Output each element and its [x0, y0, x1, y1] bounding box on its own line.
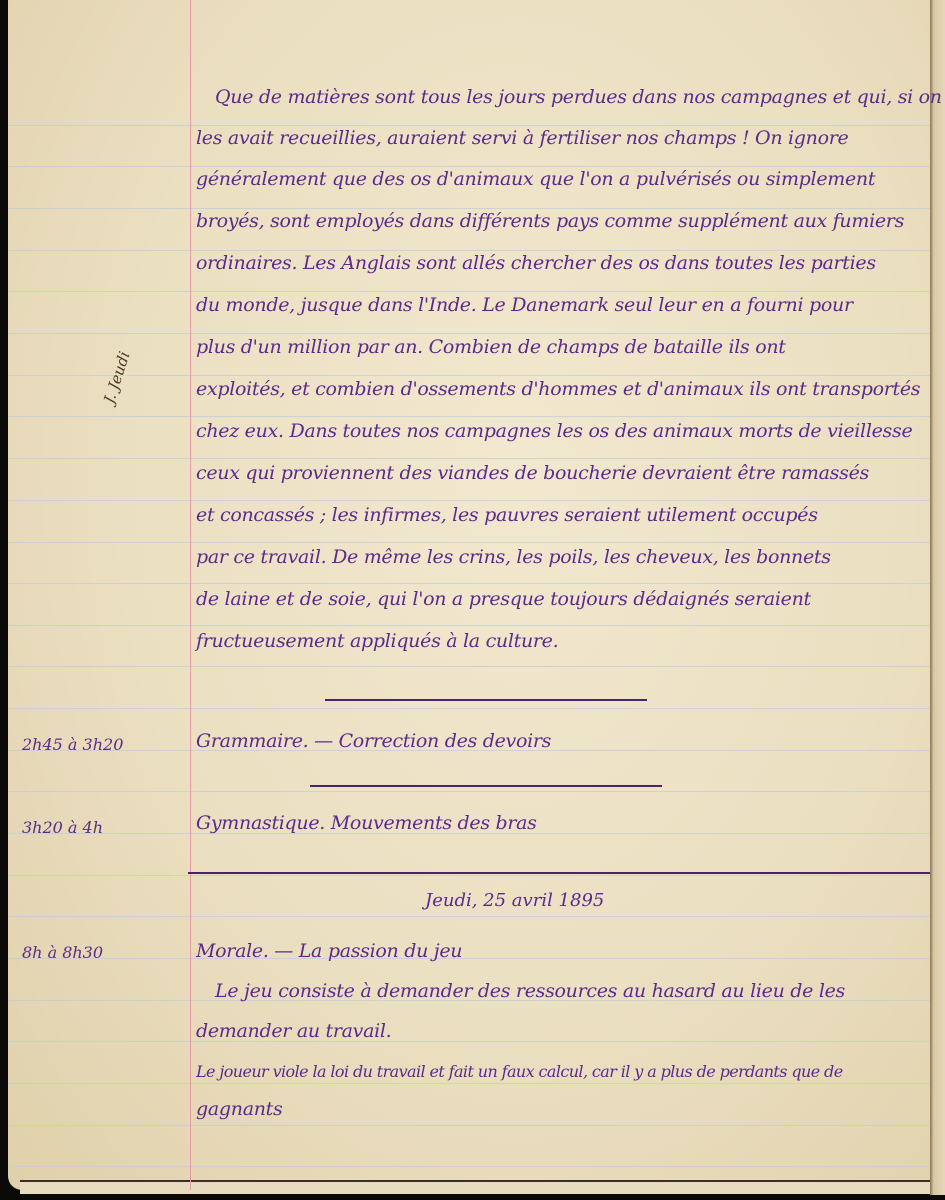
page-bottom-edge	[20, 1180, 945, 1194]
ruled-line	[8, 375, 930, 376]
passage-line: les avait recueillies, auraient servi à …	[196, 127, 848, 149]
section-divider	[310, 785, 662, 787]
passage-line: du monde, jusque dans l'Inde. Le Danemar…	[196, 294, 853, 316]
lesson-line: demander au travail.	[196, 1020, 391, 1042]
schedule-time: 3h20 à 4h	[22, 818, 103, 837]
passage-line: ordinaires. Les Anglais sont allés cherc…	[196, 252, 876, 274]
ruled-line	[8, 291, 930, 292]
passage-line: ceux qui proviennent des viandes de bouc…	[196, 462, 869, 484]
ruled-line	[8, 708, 930, 709]
ruled-line	[8, 1083, 930, 1084]
ruled-line	[8, 166, 930, 167]
ruled-line	[8, 1125, 930, 1126]
ruled-line	[8, 583, 930, 584]
passage-line: chez eux. Dans toutes nos campagnes les …	[196, 420, 912, 442]
binding-edge	[930, 0, 945, 1195]
schedule-time: 2h45 à 3h20	[22, 735, 123, 754]
passage-line: généralement que des os d'animaux que l'…	[196, 168, 875, 190]
ruled-line	[8, 666, 930, 667]
ruled-line	[8, 333, 930, 334]
passage-line: par ce travail. De même les crins, les p…	[196, 546, 831, 568]
passage-line: de laine et de soie, qui l'on a presque …	[196, 588, 811, 610]
schedule-subject: Grammaire. — Correction des devoirs	[196, 730, 551, 752]
passage-line: et concassés ; les infirmes, les pauvres…	[196, 504, 818, 526]
passage-line: Que de matières sont tous les jours perd…	[215, 86, 942, 108]
ruled-line	[8, 916, 930, 917]
lesson-line: Le joueur viole la loi du travail et fai…	[196, 1062, 843, 1081]
date-heading: Jeudi, 25 avril 1895	[425, 890, 604, 911]
ruled-line	[8, 416, 930, 417]
ruled-line	[8, 1166, 930, 1167]
ruled-line	[8, 625, 930, 626]
passage-line: fructueusement appliqués à la culture.	[196, 630, 558, 652]
ruled-line	[8, 791, 930, 792]
day-divider	[188, 872, 930, 874]
ruled-line	[8, 1041, 930, 1042]
passage-line: broyés, sont employés dans différents pa…	[196, 210, 904, 232]
lesson-title: Morale. — La passion du jeu	[196, 940, 462, 962]
ruled-line	[8, 958, 930, 959]
passage-line: exploités, et combien d'ossements d'homm…	[196, 378, 920, 400]
ruled-line	[8, 500, 930, 501]
ruled-line	[8, 250, 930, 251]
ruled-line	[8, 542, 930, 543]
schedule-subject: Gymnastique. Mouvements des bras	[196, 812, 537, 834]
ruled-line	[8, 875, 930, 876]
lesson-line: gagnants	[196, 1098, 282, 1120]
section-divider	[325, 699, 647, 701]
schedule-time: 8h à 8h30	[22, 943, 103, 962]
passage-line: plus d'un million par an. Combien de cha…	[196, 336, 786, 358]
ruled-line	[8, 125, 930, 126]
ruled-line	[8, 208, 930, 209]
ruled-line	[8, 458, 930, 459]
margin-line	[190, 0, 191, 1190]
lesson-line: Le jeu consiste à demander des ressource…	[215, 980, 845, 1002]
